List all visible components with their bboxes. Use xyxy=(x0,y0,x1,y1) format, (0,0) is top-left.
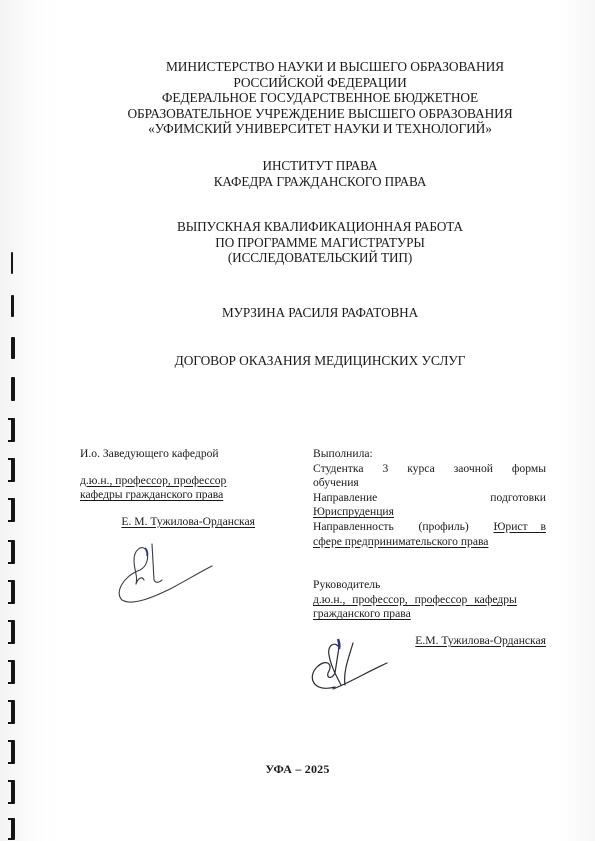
binding-mark xyxy=(11,337,15,359)
supervisor-name: Е.М. Тужилова-Орданская xyxy=(415,634,546,647)
binding-mark xyxy=(11,620,15,644)
department-name: КАФЕДРА ГРАЖДАНСКОГО ПРАВА xyxy=(95,174,545,190)
binding-mark xyxy=(11,295,14,317)
head-of-department-block: И.о. Заведующего кафедрой д.ю.н., профес… xyxy=(80,447,255,529)
head-title-line1: д.ю.н., профессор, профессор xyxy=(80,474,255,489)
word: заочной xyxy=(454,462,493,477)
word: (профиль) xyxy=(418,520,468,535)
institute-name: ИНСТИТУТ ПРАВА xyxy=(95,158,545,174)
binding-mark xyxy=(11,540,15,564)
student-course-tail: обучения xyxy=(313,476,546,491)
institute-block: ИНСТИТУТ ПРАВА КАФЕДРА ГРАЖДАНСКОГО ПРАВ… xyxy=(95,158,545,189)
work-type-line: ПО ПРОГРАММЕ МАГИСТРАТУРЫ xyxy=(95,235,545,251)
binding-mark xyxy=(11,780,15,804)
word: подготовки xyxy=(490,491,546,506)
word: Направление xyxy=(313,491,377,506)
ministry-header: МИНИСТЕРСТВО НАУКИ И ВЫСШЕГО ОБРАЗОВАНИЯ… xyxy=(95,59,545,137)
binding-mark xyxy=(11,818,15,840)
binding-mark xyxy=(11,580,15,604)
word: формы xyxy=(512,462,546,477)
direction-value: Юриспруденция xyxy=(313,505,394,518)
head-role: И.о. Заведующего кафедрой xyxy=(80,447,255,462)
word: Направленность xyxy=(313,520,394,535)
binding-mark xyxy=(11,660,15,684)
binding-mark xyxy=(11,740,15,764)
thesis-topic: ДОГОВОР ОКАЗАНИЯ МЕДИЦИНСКИХ УСЛУГ xyxy=(95,353,545,369)
city-year: УФА – 2025 xyxy=(0,762,595,777)
work-type-line: ВЫПУСКНАЯ КВАЛИФИКАЦИОННАЯ РАБОТА xyxy=(95,219,545,235)
header-line: ФЕДЕРАЛЬНОЕ ГОСУДАРСТВЕННОЕ БЮДЖЕТНОЕ xyxy=(95,90,545,106)
work-type-line: (ИССЛЕДОВАТЕЛЬСКИЙ ТИП) xyxy=(95,250,545,266)
word: 3 xyxy=(382,462,388,477)
student-course-line: Студентка 3 курса заочной формы xyxy=(313,462,546,477)
binding-mark xyxy=(11,498,15,522)
head-name: Е. М. Тужилова-Орданская xyxy=(80,515,255,530)
binding-mark xyxy=(11,418,15,442)
header-line: «УФИМСКИЙ УНИВЕРСИТЕТ НАУКИ И ТЕХНОЛОГИЙ… xyxy=(95,121,545,137)
word: Студентка xyxy=(313,462,363,477)
direction-label: Направление подготовки xyxy=(313,491,546,506)
supervisor-title-line1: д.ю.н., профессор, профессор кафедры xyxy=(313,593,546,608)
head-signature xyxy=(112,540,222,610)
binding-mark xyxy=(11,377,15,401)
work-type-block: ВЫПУСКНАЯ КВАЛИФИКАЦИОННАЯ РАБОТА ПО ПРО… xyxy=(95,219,545,266)
binding-mark xyxy=(11,700,15,724)
student-block: Выполнила: Студентка 3 курса заочной фор… xyxy=(313,447,546,649)
supervisor-label: Руководитель xyxy=(313,578,546,593)
header-line: РОССИЙСКОЙ ФЕДЕРАЦИИ xyxy=(95,75,545,91)
supervisor-title-line2: гражданского права xyxy=(313,607,411,620)
author-name: МУРЗИНА РАСИЛЯ РАФАТОВНА xyxy=(95,305,545,321)
header-line: МИНИСТЕРСТВО НАУКИ И ВЫСШЕГО ОБРАЗОВАНИЯ xyxy=(95,59,545,75)
profile-value: Юрист в xyxy=(493,520,546,535)
binding-mark xyxy=(11,252,13,274)
thesis-title-page: МИНИСТЕРСТВО НАУКИ И ВЫСШЕГО ОБРАЗОВАНИЯ… xyxy=(0,0,595,841)
profile-line: Направленность (профиль) Юрист в xyxy=(313,520,546,535)
binding-mark xyxy=(11,458,15,482)
head-title-line2: кафедры гражданского права xyxy=(80,488,255,503)
word: курса xyxy=(407,462,435,477)
header-line: ОБРАЗОВАТЕЛЬНОЕ УЧРЕЖДЕНИЕ ВЫСШЕГО ОБРАЗ… xyxy=(95,106,545,122)
student-label: Выполнила: xyxy=(313,447,546,462)
profile-value-end: сфере предпринимательского права xyxy=(313,535,488,548)
text: д.ю.н., профессор, профессор кафедры xyxy=(313,593,517,608)
